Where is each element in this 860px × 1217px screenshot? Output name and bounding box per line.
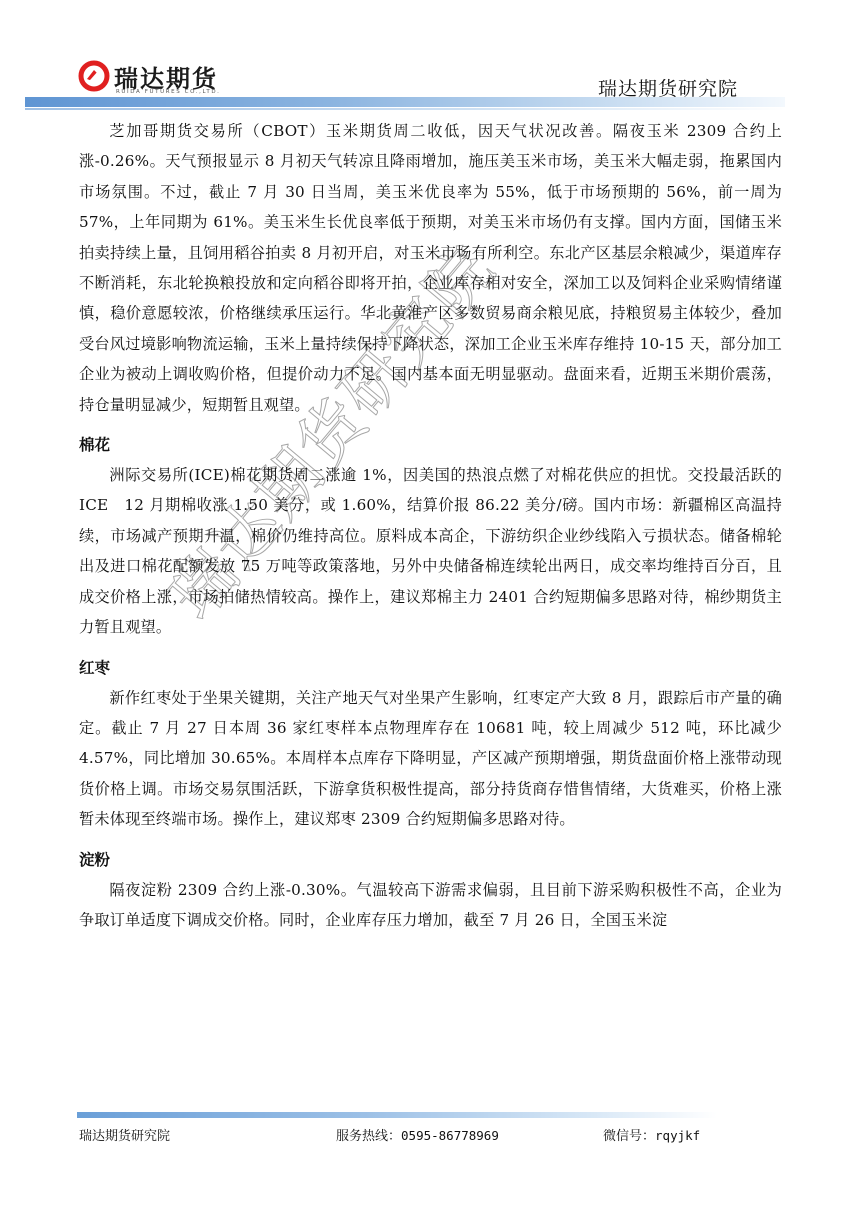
starch-paragraph: 隔夜淀粉 2309 合约上涨-0.30%。气温较高下游需求偏弱，且目前下游采购积… <box>79 875 782 936</box>
company-logo: 瑞达期货 RUIDA FUTURES CO.,LTD. <box>78 60 228 100</box>
corn-paragraph: 芝加哥期货交易所（CBOT）玉米期货周二收低，因天气状况改善。隔夜玉米 2309… <box>79 116 782 420</box>
logo-text-en: RUIDA FUTURES CO.,LTD. <box>116 89 221 95</box>
hotline-label: 服务热线： <box>336 1129 401 1144</box>
hotline-number: 0595-86778969 <box>401 1128 499 1143</box>
section-title-starch: 淀粉 <box>79 845 782 875</box>
wechat-label: 微信号： <box>603 1129 655 1144</box>
footer-org: 瑞达期货研究院 <box>79 1125 170 1144</box>
wechat-id: rqyjkf <box>655 1128 700 1143</box>
footer-hotline: 服务热线：0595-86778969 <box>336 1125 499 1144</box>
header-divider-bar <box>25 97 785 107</box>
section-title-jujube: 红枣 <box>79 653 782 683</box>
ruida-logo-icon <box>78 60 110 92</box>
header-divider-line <box>25 108 785 110</box>
report-body: 芝加哥期货交易所（CBOT）玉米期货周二收低，因天气状况改善。隔夜玉米 2309… <box>79 116 782 935</box>
footer-wechat: 微信号：rqyjkf <box>603 1125 700 1144</box>
jujube-paragraph: 新作红枣处于坐果关键期，关注产地天气对坐果产生影响，红枣定产大致 8 月，跟踪后… <box>79 683 782 835</box>
section-title-cotton: 棉花 <box>79 430 782 460</box>
cotton-paragraph: 洲际交易所(ICE)棉花期货周二涨逾 1%，因美国的热浪点燃了对棉花供应的担忧。… <box>79 460 782 642</box>
footer-divider-bar <box>77 1112 717 1118</box>
